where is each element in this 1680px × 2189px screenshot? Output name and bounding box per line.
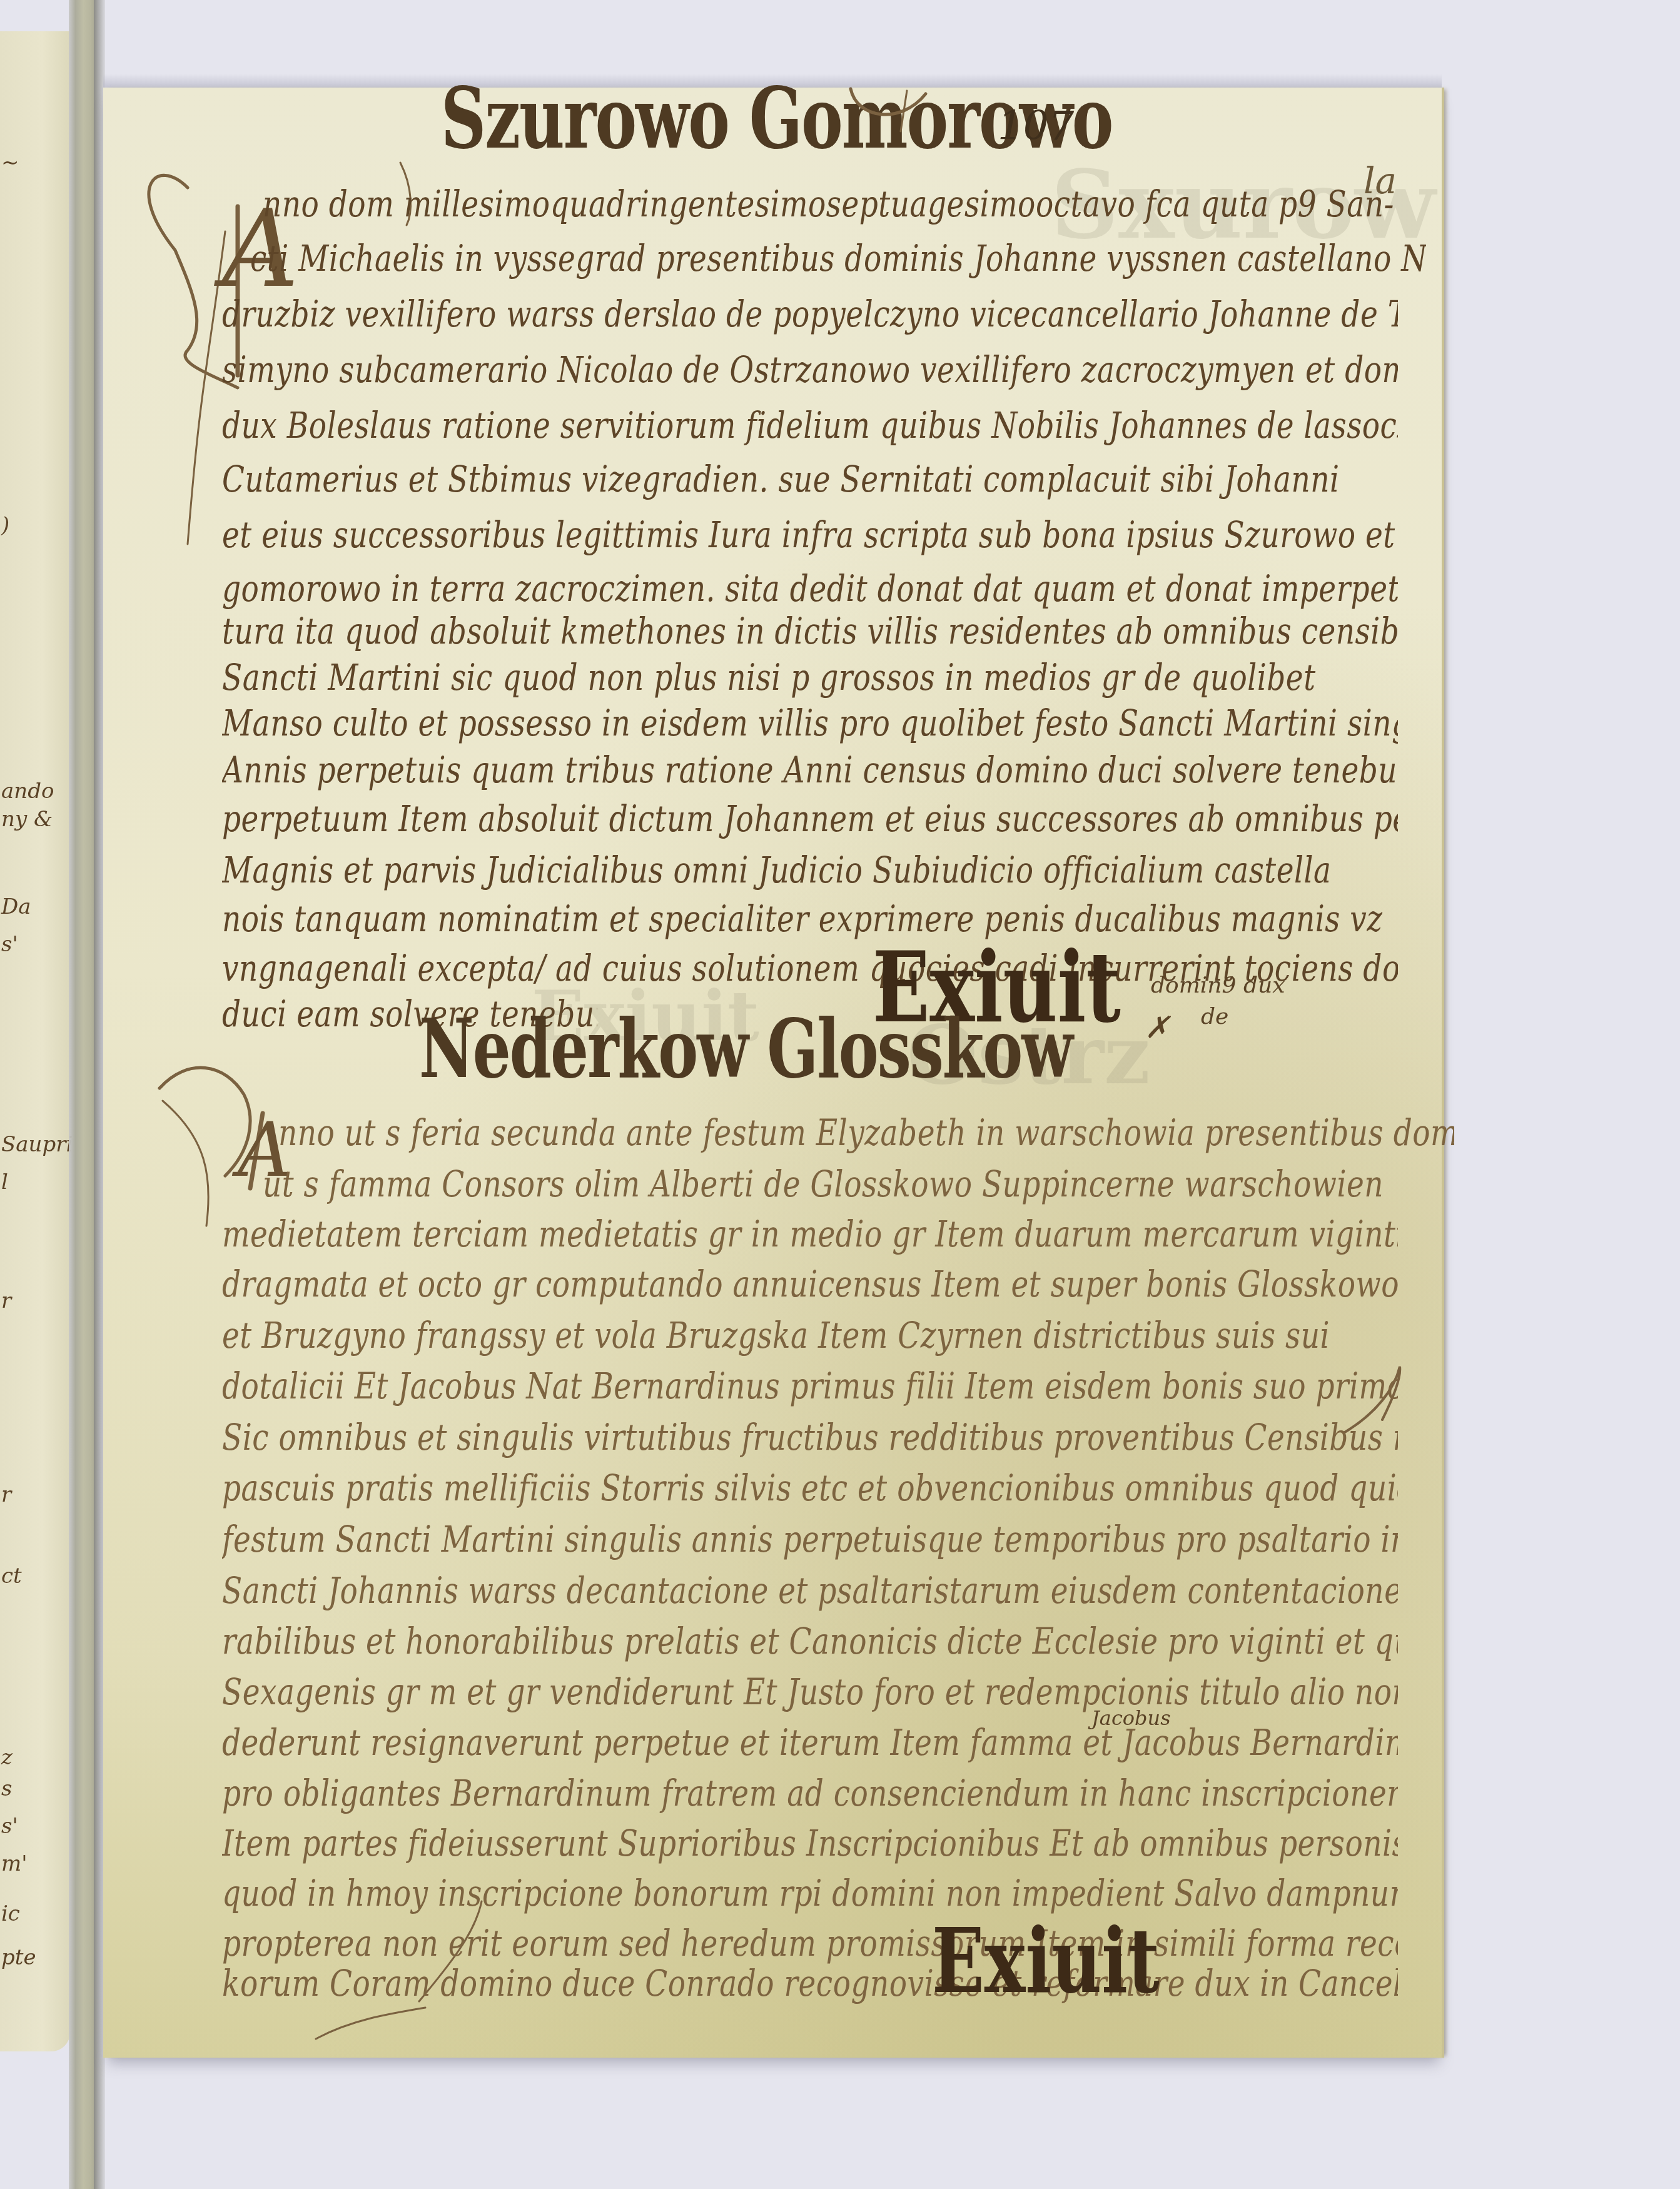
text-line: gomorowo in terra zacroczimen. sita dedi… (222, 566, 1398, 613)
text-line: Manso culto et possesso in eisdem villis… (222, 700, 1398, 747)
entry-heading: Nederkow Glosskow (419, 1001, 1072, 1096)
text-line: festum Sancti Martini singulis annis per… (222, 1517, 1398, 1564)
text-line: Cutamerius et Stbimus vizegradien. sue S… (222, 457, 1398, 503)
text-line: dotalicii Et Jacobus Nat Bernardinus pri… (222, 1363, 1398, 1410)
exiuit-mark: Exiuit (932, 1908, 1160, 2013)
text-line: korum Coram domino duce Conrado recognov… (222, 1961, 1398, 2008)
text-line: Magnis et parvis Judicialibus omni Judic… (222, 847, 1398, 894)
text-line: cti Michaelis in vyssegrad presentibus d… (250, 236, 1426, 283)
text-line: dederunt resignaverunt perpetue et iteru… (222, 1720, 1398, 1767)
text-line: ut s famma Consors olim Alberti de Gloss… (263, 1161, 1439, 1208)
text-line: Sancti Johannis warss decantacione et ps… (222, 1568, 1398, 1615)
text-line: quod in hmoy inscripcione bonorum rpi do… (222, 1871, 1398, 1918)
text-line: rabilibus et honorabilibus prelatis et C… (222, 1619, 1398, 1666)
text-line: tura ita quod absoluit kmethones in dict… (222, 609, 1398, 655)
text-line: pro obligantes Bernardinum fratrem ad co… (222, 1771, 1398, 1817)
text-line: Item partes fideiusserunt Suprioribus In… (222, 1821, 1398, 1868)
text-line: Sancti Martini sic quod non plus nisi p … (222, 655, 1398, 702)
text-line: Sic omnibus et singulis virtutibus fruct… (222, 1415, 1398, 1462)
text-line: nno ut s feria secunda ante festum Elyza… (278, 1110, 1454, 1157)
text-line: Sexagenis gr m et gr vendiderunt Et Just… (222, 1669, 1398, 1716)
text-line: dragmata et octo gr computando annuicens… (222, 1261, 1398, 1308)
text-line: medietatem terciam medietatis gr in medi… (222, 1211, 1398, 1258)
text-line: druzbiz vexillifero warss derslao de pop… (222, 291, 1398, 338)
text-line: et Bruzgyno frangssy et vola Bruzgska It… (222, 1313, 1398, 1360)
cross-mark: ✗ (1145, 1010, 1170, 1045)
text-line: nno dom millesimoquadringentesimoseptuag… (263, 181, 1439, 228)
text-line: et eius successoribus legittimis Iura in… (222, 512, 1398, 559)
text-line: simyno subcamerario Nicolao de Ostrzanow… (222, 347, 1398, 394)
exiuit-note: domin9 dux (1151, 973, 1285, 998)
text-line: pascuis pratis mellificiis Storris silvi… (222, 1465, 1398, 1512)
text-line: Annis perpetuis quam tribus ratione Anni… (222, 747, 1398, 794)
text-line: dux Boleslaus ratione servitiorum fideli… (222, 403, 1398, 450)
text-line: perpetuum Item absoluit dictum Johannem … (222, 796, 1398, 843)
text-line: nois tanquam nominatim et specialiter ex… (222, 896, 1398, 943)
exiuit-note-2: de (1201, 1004, 1228, 1029)
